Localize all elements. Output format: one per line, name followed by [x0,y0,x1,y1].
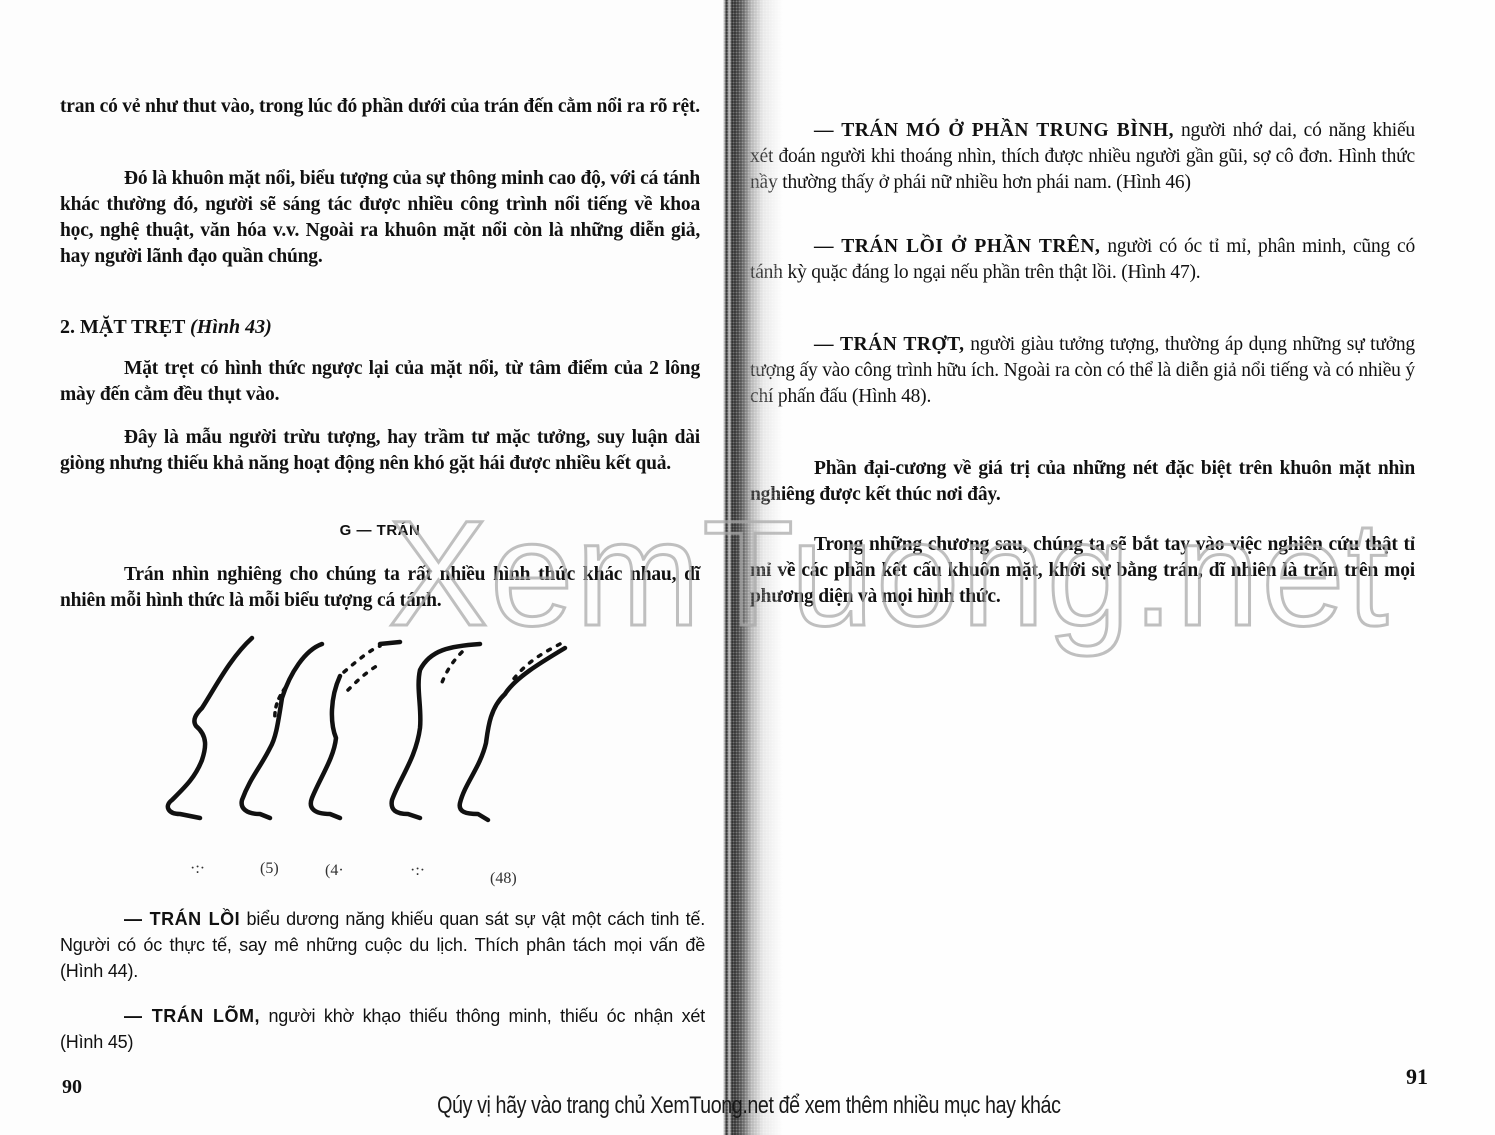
entry-tran-loi-phan-tren: — TRÁN LỒI Ở PHẦN TRÊN, người có óc tỉ m… [750,234,1415,286]
paragraph-next-chapters: Trong những chương sau, chúng ta sẽ bắt … [750,532,1415,610]
paragraph-text: Trán nhìn nghiêng cho chúng ta rất nhiều… [60,564,700,611]
entry-tran-lom: — TRÁN LÕM, người khờ khạo thiếu thông m… [60,1003,705,1055]
figure-reference: (Hình 43) [190,316,272,338]
footer-note: Qúy vị hãy vào trang chủ XemTuong.net để… [136,1092,1362,1120]
paragraph-text: Phần đại-cương về giá trị của những nét … [750,458,1415,505]
entry-lead: — TRÁN LỒI [124,909,240,929]
entry-lead: — TRÁN LỒI Ở PHẦN TRÊN, [814,236,1100,257]
chapter-title-tran: G — TRÁN [60,522,700,539]
paragraph-text: Đây là mẫu người trừu tượng, hay trầm tư… [60,427,700,474]
figure-label-47: ·:· [410,862,425,879]
paragraph-mat-tret-definition: Mặt trẹt có hình thức ngược lại của mặt … [60,356,700,408]
entry-tran-loi: — TRÁN LỒI biểu dương năng khiếu quan sá… [60,906,705,984]
page-number-left: 90 [62,1076,82,1099]
entry-tran-trot: — TRÁN TRỢT, người giàu tưởng tượng, thư… [750,332,1415,410]
paragraph-conclusion: Phần đại-cương về giá trị của những nét … [750,456,1415,508]
paragraph-text: Đó là khuôn mặt nổi, biểu tượng của sự t… [60,168,700,267]
section-title: MẶT TRẸT [80,316,185,338]
paragraph-text: Mặt trẹt có hình thức ngược lại của mặt … [60,358,700,405]
left-page: tran có vẻ như thut vào, trong lúc đó ph… [0,0,728,1135]
paragraph-text: tran có vẻ như thut vào, trong lúc đó ph… [60,96,700,117]
paragraph-text: Trong những chương sau, chúng ta sẽ bắt … [750,534,1415,607]
figure-label-45: (5) [260,860,279,877]
page-number-right: 91 [1406,1064,1428,1090]
paragraph-tran-intro: Trán nhìn nghiêng cho chúng ta rất nhiều… [60,562,700,614]
section-heading-mat-tret: 2. MẶT TRẸT (Hình 43) [60,316,272,339]
entry-tran-mo: — TRÁN MÓ Ở PHẦN TRUNG BÌNH, người nhớ d… [750,118,1415,196]
figure-label-44: ·:· [190,860,205,877]
forehead-profile-sketches: ·:· (5) (4· ·:· (48) [160,628,580,898]
forehead-profiles-figure: ·:· (5) (4· ·:· (48) [160,628,580,898]
section-number: 2. [60,316,75,338]
book-binding-gutter [723,0,783,1135]
paragraph-mat-tret-character: Đây là mẫu người trừu tượng, hay trầm tư… [60,425,700,477]
entry-lead: — TRÁN TRỢT, [814,334,965,355]
figure-label-48: (48) [490,870,517,887]
entry-lead: — TRÁN LÕM, [124,1006,260,1026]
left-paragraph-mat-noi: Đó là khuôn mặt nổi, biểu tượng của sự t… [60,166,700,270]
figure-label-46: (4· [325,862,344,879]
entry-lead: — TRÁN MÓ Ở PHẦN TRUNG BÌNH, [814,120,1174,141]
left-paragraph-continuation: tran có vẻ như thut vào, trong lúc đó ph… [60,94,700,120]
